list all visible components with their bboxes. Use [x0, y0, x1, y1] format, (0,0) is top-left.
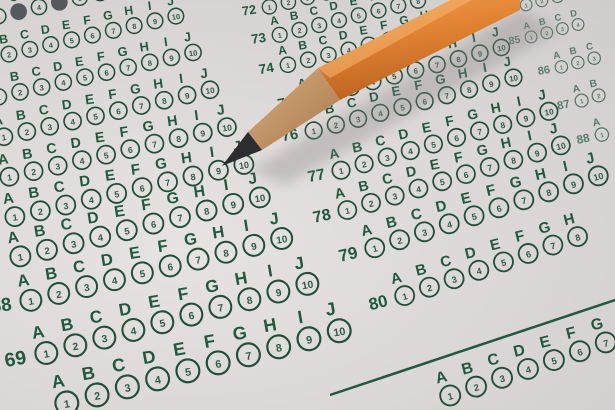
pencil [0, 0, 615, 410]
photo-scene: A1B2CD4EF6G7H8I9J10A1B2C3D4E5F6G7H8I9J10… [0, 0, 615, 410]
